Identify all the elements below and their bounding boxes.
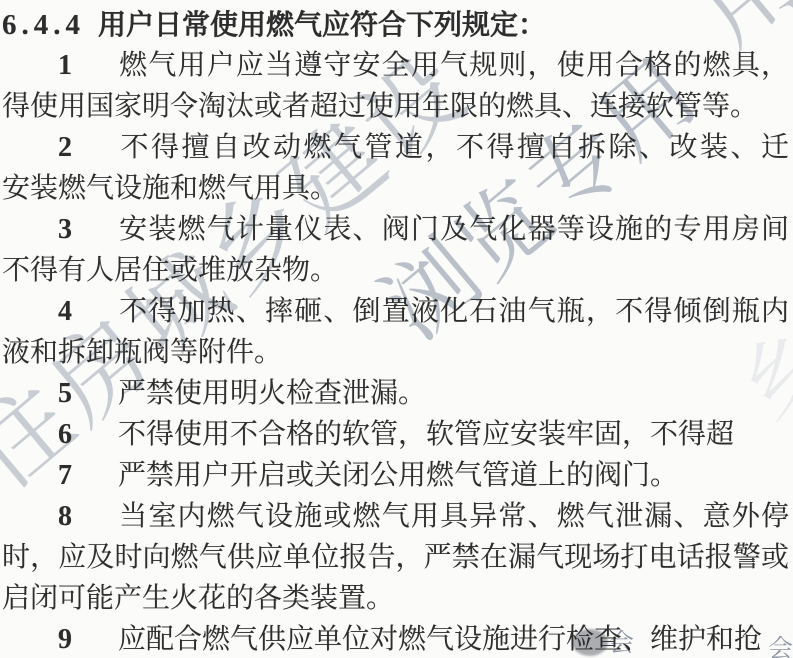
item-number: 7 [2, 460, 72, 491]
item-number: 1 [2, 50, 72, 81]
text-line: 1燃气用户应当遵守安全用气规则，使用合格的燃具，不 [2, 45, 789, 86]
text-line: 安装燃气设施和燃气用具。 [2, 168, 789, 209]
text-line: 3安装燃气计量仪表、阀门及气化器等设施的专用房间内 [2, 209, 789, 250]
item-number: 2 [2, 132, 72, 163]
scanned-document-page: 住房城乡建设 浏览专用 用 乡 会 会 6.4.4用户日常使用燃气应符合下列规定… [0, 0, 793, 658]
item-number: 8 [2, 501, 72, 532]
text-line: 9应配合燃气供应单位对燃气设施进行检查、维护和抢修 [2, 619, 789, 658]
text-line: 6不得使用不合格的软管，软管应安装牢固，不得超长。 [2, 414, 789, 455]
text-line: 4不得加热、摔砸、倒置液化石油气瓶，不得倾倒瓶内残 [2, 291, 789, 332]
text-line: 7严禁用户开启或关闭公用燃气管道上的阀门。 [2, 455, 789, 496]
clause-text-block: 6.4.4用户日常使用燃气应符合下列规定： 1燃气用户应当遵守安全用气规则，使用… [0, 0, 793, 658]
clause-heading: 6.4.4用户日常使用燃气应符合下列规定： [2, 4, 789, 45]
text-line: 液和拆卸瓶阀等附件。 [2, 332, 789, 373]
item-number: 3 [2, 214, 72, 245]
text-line: 时，应及时向燃气供应单位报告，严禁在漏气现场打电话报警或 [2, 537, 789, 578]
text-line: 2不得擅自改动燃气管道，不得擅自拆除、改装、迁移、 [2, 127, 789, 168]
text-line: 得使用国家明令淘汰或者超过使用年限的燃具、连接软管等。 [2, 86, 789, 127]
text-line: 8当室内燃气设施或燃气用具异常、燃气泄漏、意外停气 [2, 496, 789, 537]
item-number: 6 [2, 419, 72, 450]
item-number: 9 [2, 624, 72, 655]
clause-items: 1燃气用户应当遵守安全用气规则，使用合格的燃具，不得使用国家明令淘汰或者超过使用… [2, 45, 789, 658]
text-line: 启闭可能产生火花的各类装置。 [2, 578, 789, 619]
clause-number: 6.4.4 [2, 9, 85, 41]
clause-title: 用户日常使用燃气应符合下列规定： [98, 9, 546, 40]
item-number: 4 [2, 296, 72, 327]
text-line: 不得有人居住或堆放杂物。 [2, 250, 789, 291]
text-line: 5严禁使用明火检查泄漏。 [2, 373, 789, 414]
item-number: 5 [2, 378, 72, 409]
